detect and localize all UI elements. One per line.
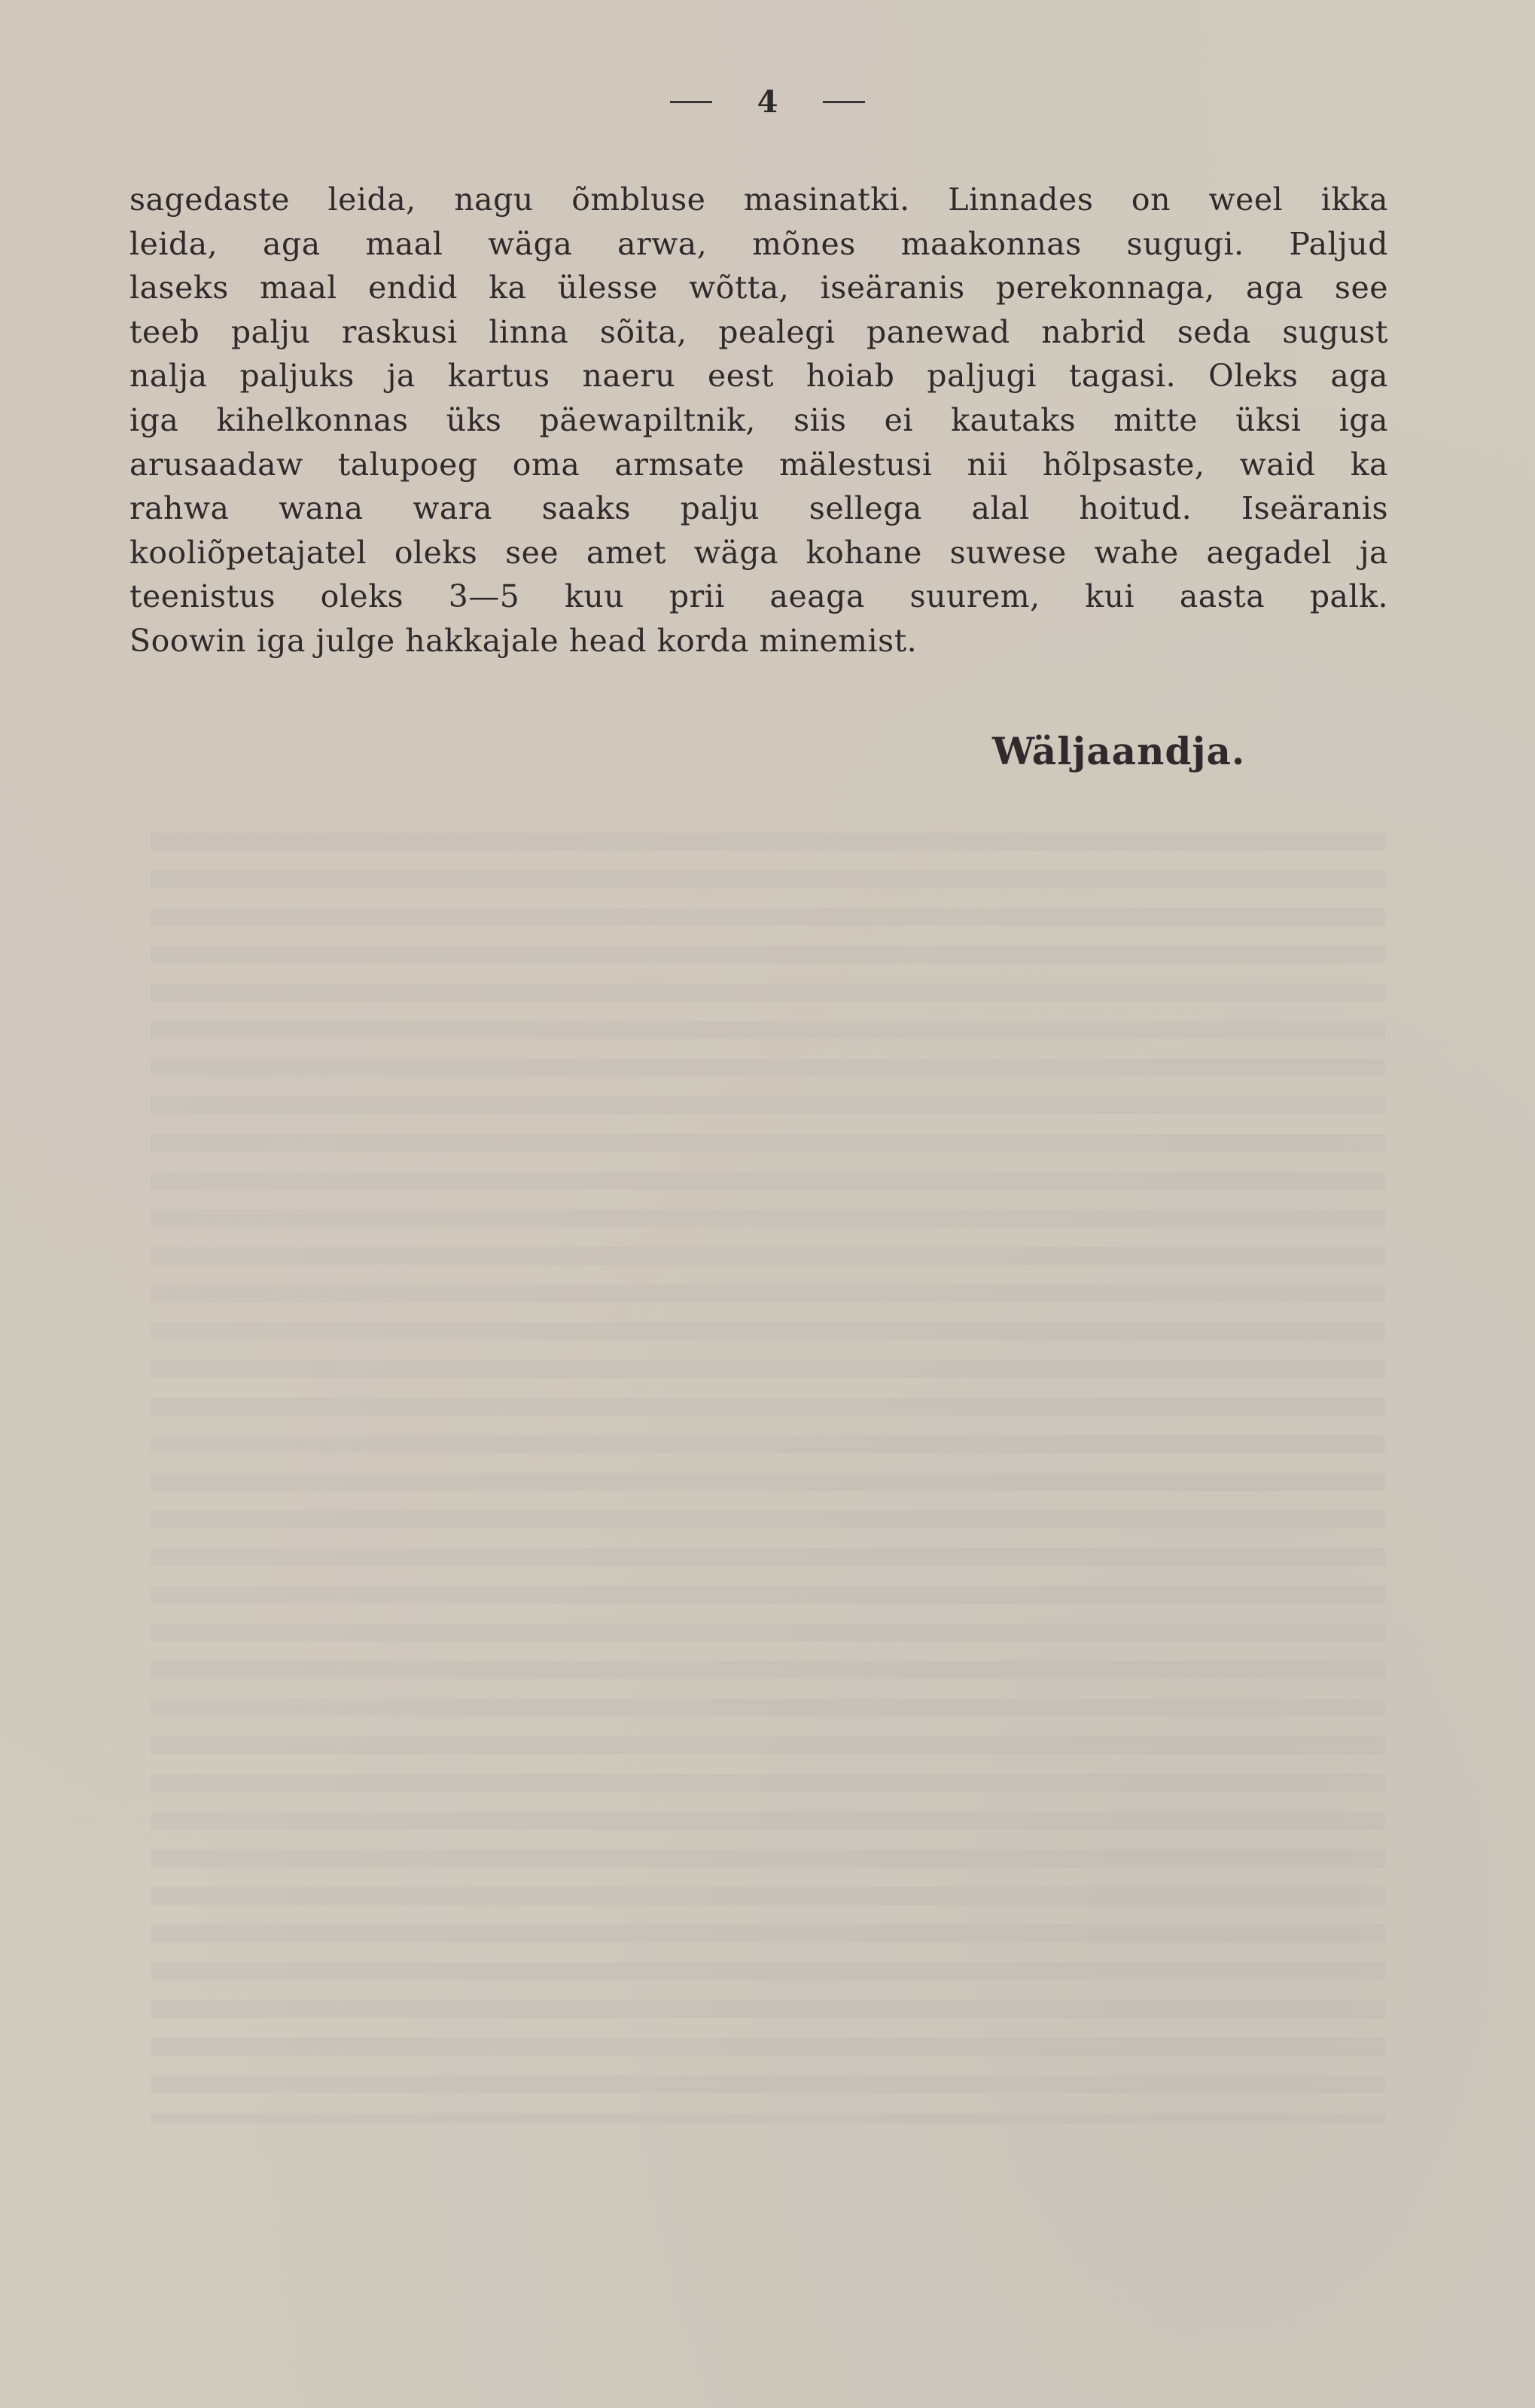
document-page: 4 sagedaste leida, nagu õmbluse masinatk…	[0, 0, 1535, 2408]
text-line: Soowin iga julge hakkajale head korda mi…	[129, 619, 1388, 663]
signature-publisher: Wäljaandja.	[992, 729, 1245, 773]
text-line: kooliõpetajatel oleks see amet wäga koha…	[129, 531, 1388, 575]
page-number: 4	[757, 84, 778, 120]
text-line: teenistus oleks 3—5 kuu prii aeaga suure…	[129, 575, 1388, 619]
dash-left	[670, 101, 712, 103]
text-line: nalja paljuks ja kartus naeru eest hoiab…	[129, 354, 1388, 398]
show-through-texture	[151, 813, 1385, 2123]
text-line: leida, aga maal wäga arwa, mõnes maakonn…	[129, 222, 1388, 267]
text-line: laseks maal endid ka ülesse wõtta, iseär…	[129, 266, 1388, 310]
text-line: arusaadaw talupoeg oma armsate mälestusi…	[129, 443, 1388, 487]
text-line: teeb palju raskusi linna sõita, pealegi …	[129, 310, 1388, 355]
body-paragraph: sagedaste leida, nagu õmbluse masinatki.…	[129, 178, 1388, 663]
page-number-header: 4	[0, 84, 1535, 120]
text-line: sagedaste leida, nagu õmbluse masinatki.…	[129, 178, 1388, 222]
text-line: iga kihelkonnas üks päewapiltnik, siis e…	[129, 398, 1388, 443]
dash-right	[823, 101, 865, 103]
text-line: rahwa wana wara saaks palju sellega alal…	[129, 486, 1388, 531]
